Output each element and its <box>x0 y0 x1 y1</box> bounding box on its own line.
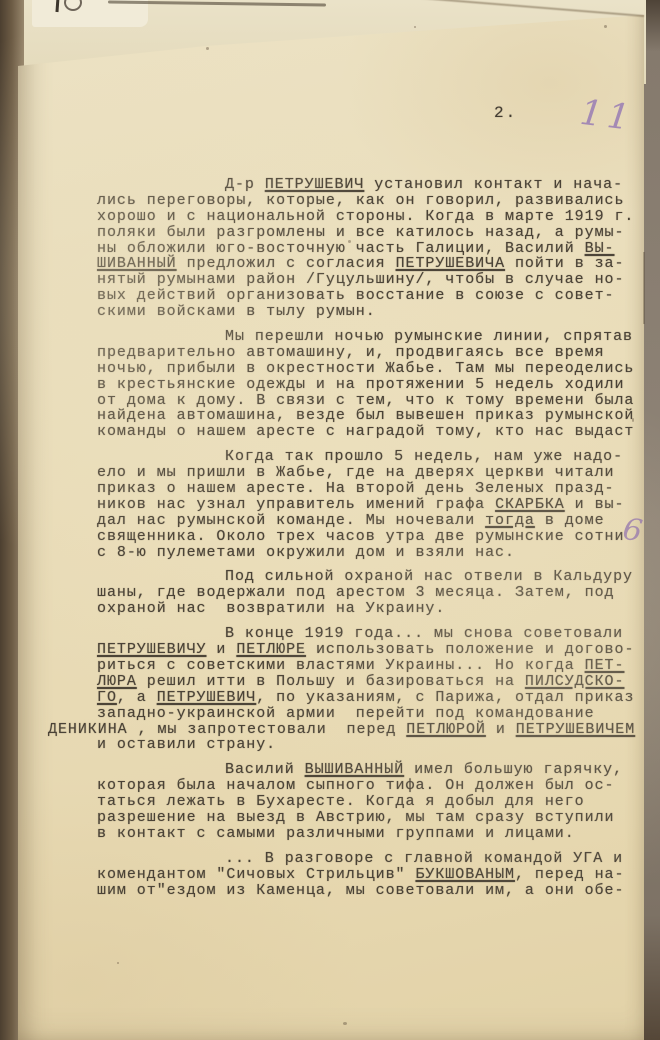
text-line: таться лежать в Бухаресте. Когда я добыл… <box>97 794 649 810</box>
text-line: поляки были разгромлены и все катилось н… <box>97 225 649 241</box>
paragraph: Василий ВЫШИВАННЫЙ имел большую гарячку,… <box>97 762 649 841</box>
text-line: Когда так прошло 5 недель, нам уже надо- <box>97 449 649 465</box>
text-line: комендантом "Сичовых Стрильцив" БУКШОВАН… <box>97 867 649 883</box>
text-segment: в крестьянские одежды и на протяжении 5 … <box>97 376 624 393</box>
text-line: Мы перешли ночью румынские линии, спрята… <box>97 329 649 345</box>
paper-speck <box>604 25 607 28</box>
text-segment: шаны, где водержали под арестом 3 месяца… <box>97 584 614 601</box>
underlined-name: ГО <box>97 689 117 706</box>
text-line: дал нас румынской команде. Мы ночевали т… <box>97 513 649 529</box>
text-segment: В конце 1919 года... мы снова советовали <box>225 625 623 642</box>
text-line: скими войсками в тылу румын. <box>97 304 649 320</box>
text-segment: предложил с согласия <box>177 255 396 272</box>
text-line: шим от"ездом из Каменца, мы советовали и… <box>97 883 649 899</box>
text-segment: в доме <box>535 512 605 529</box>
text-segment: риться с советскими властями Украины... … <box>97 657 585 674</box>
text-segment: и оставили страну. <box>97 736 276 753</box>
text-segment: хорошо и с национальной стороны. Когда в… <box>97 208 634 225</box>
text-segment: Под сильной охраной нас отвели в Кальдур… <box>225 568 633 585</box>
text-line: Д-р ПЕТРУШЕВИЧ установил контакт и нача- <box>97 177 649 193</box>
text-segment: скими войсками в тылу румын. <box>97 303 376 320</box>
text-segment: и <box>206 641 236 658</box>
text-line: священника. Около трех часов утра две ру… <box>97 529 649 545</box>
underlined-name: тогда <box>485 512 535 529</box>
text-line: ... В разговоре с главной командой УГА и <box>97 851 649 867</box>
text-segment: предварительно автомашину, и, продвигаяс… <box>97 344 605 361</box>
underlined-name: ПЕТЛЮРЕ <box>236 641 306 658</box>
text-segment: приказ о нашем аресте. На второй день Зе… <box>97 480 614 497</box>
paragraph: Д-р ПЕТРУШЕВИЧ установил контакт и нача-… <box>97 177 649 320</box>
text-segment: ны обложили юго-восточную часть Галиции,… <box>97 240 585 257</box>
underlined-name: ПЕТРУШЕВИЧ <box>265 176 365 193</box>
paper-speck <box>343 1022 347 1025</box>
text-segment: Мы перешли ночью румынские линии, спрята… <box>225 328 633 345</box>
text-segment: установил контакт и нача- <box>364 176 623 193</box>
text-line: ШИВАННЫЙ предложил с согласия ПЕТРУШЕВИЧ… <box>97 256 649 272</box>
paragraph: Когда так прошло 5 недель, нам уже надо-… <box>97 449 649 560</box>
text-segment: шим от"ездом из Каменца, мы советовали и… <box>97 882 624 899</box>
paragraph: В конце 1919 года... мы снова советовали… <box>97 626 649 753</box>
paper-speck <box>414 26 416 28</box>
underlined-name: ШИВАННЫЙ <box>97 255 177 272</box>
text-segment: вых действий организовать восстание в со… <box>97 287 614 304</box>
underlined-name: ПЕТРУШЕВИЧУ <box>97 641 206 658</box>
text-segment: разрешение на выезд в Австрию, мы там ср… <box>97 809 614 826</box>
text-segment: нятый румынами район /Гуцульшину/, чтобы… <box>97 271 624 288</box>
text-segment: , перед на- <box>515 866 624 883</box>
text-segment: имел большую гарячку, <box>404 761 623 778</box>
text-line: разрешение на выезд в Австрию, мы там ср… <box>97 810 649 826</box>
underlined-name: ПИЛСУДСКО- <box>525 673 625 690</box>
underlined-name: ПЕТЛЮРОЙ <box>406 721 486 738</box>
text-segment: ... В разговоре с главной командой УГА и <box>225 850 623 867</box>
underlined-name: ЛЮРА <box>97 673 137 690</box>
text-segment: дал нас румынской команде. Мы ночевали <box>97 512 485 529</box>
paper-speck <box>206 47 209 50</box>
text-segment: , а <box>117 689 157 706</box>
text-segment: команды о нашем аресте с наградой тому, … <box>97 423 634 440</box>
text-segment: охраной нас возвратили на Украину. <box>97 600 445 617</box>
text-segment: западно-украинской армии перейти под ком… <box>97 705 595 722</box>
underlined-name: ПЕТРУШЕВИЧ <box>157 689 257 706</box>
text-segment: Когда так прошло 5 недель, нам уже надо- <box>225 448 623 465</box>
text-segment: поляки были разгромлены и все катилось н… <box>97 224 624 241</box>
text-segment: комендантом "Сичовых Стрильцив" <box>97 866 415 883</box>
text-line: ело и мы пришли в Жабье, где на дверях ц… <box>97 465 649 481</box>
text-line: найдена автомашина, везде был вывешен пр… <box>97 408 649 424</box>
text-segment: которая была началом сыпного тифа. Он до… <box>97 777 614 794</box>
text-line: ЛЮРА решил итти в Польшу и базироваться … <box>97 674 649 690</box>
text-line: в крестьянские одежды и на протяжении 5 … <box>97 377 649 393</box>
text-line: ночью, прибыли в окрестности Жабье. Там … <box>97 361 649 377</box>
text-segment: и вы- <box>565 496 625 513</box>
text-line: шаны, где водержали под арестом 3 месяца… <box>97 585 649 601</box>
text-segment: Василий <box>225 761 305 778</box>
text-line: предварительно автомашину, и, продвигаяс… <box>97 345 649 361</box>
text-line: ДЕНИКИНА , мы запротестовали перед ПЕТЛЮ… <box>48 722 649 738</box>
text-line: ников нас узнал управитель имений графа … <box>97 497 649 513</box>
text-line: приказ о нашем аресте. На второй день Зе… <box>97 481 649 497</box>
text-segment: ело и мы пришли в Жабье, где на дверях ц… <box>97 464 614 481</box>
text-segment: ночью, прибыли в окрестности Жабье. Там … <box>97 360 634 377</box>
text-line: ПЕТРУШЕВИЧУ и ПЕТЛЮРЕ использовать полож… <box>97 642 649 658</box>
text-block: Д-р ПЕТРУШЕВИЧ установил контакт и нача-… <box>97 177 649 907</box>
paper-speck <box>348 240 351 243</box>
text-segment: , по указаниям, с Парижа, отдал приказ <box>256 689 634 706</box>
underlined-name: БУКШОВАНЫМ <box>415 866 515 883</box>
paper-speck <box>632 418 634 422</box>
text-line: и оставили страну. <box>97 737 649 753</box>
text-line: нятый румынами район /Гуцульшину/, чтобы… <box>97 272 649 288</box>
paragraph: ... В разговоре с главной командой УГА и… <box>97 851 649 899</box>
text-line: западно-украинской армии перейти под ком… <box>97 706 649 722</box>
text-line: В конце 1919 года... мы снова советовали <box>97 626 649 642</box>
text-segment: решил итти в Польшу и базироваться на <box>137 673 525 690</box>
text-segment: в контакт с самыми различными группами и… <box>97 825 575 842</box>
text-segment: священника. Около трех часов утра две ру… <box>97 528 624 545</box>
text-segment: и <box>486 721 516 738</box>
text-line: команды о нашем аресте с наградой тому, … <box>97 424 649 440</box>
underlined-name: ПЕТРУШЕВИЧЕМ <box>516 721 635 738</box>
paragraph: Мы перешли ночью румынские линии, спрята… <box>97 329 649 440</box>
text-segment: ДЕНИКИНА , мы запротестовали перед <box>48 721 406 738</box>
text-segment: найдена автомашина, везде был вывешен пр… <box>97 407 634 424</box>
text-segment: лись переговоры, которые, как он говорил… <box>97 192 624 209</box>
text-segment: ников нас узнал управитель имений графа <box>97 496 495 513</box>
text-line: вых действий организовать восстание в со… <box>97 288 649 304</box>
text-line: лись переговоры, которые, как он говорил… <box>97 193 649 209</box>
paper-speck <box>117 962 119 964</box>
underlined-name: ПЕТ- <box>585 657 625 674</box>
handwritten-pencil-number-top: 11 <box>578 93 637 139</box>
text-line: с 8-ю пулеметами окружили дом и взяли на… <box>97 545 649 561</box>
text-line: риться с советскими властями Украины... … <box>97 658 649 674</box>
scanned-document-page: 2. 11 6 Д-р ПЕТРУШЕВИЧ установил контакт… <box>0 0 660 1040</box>
text-line: ГО, а ПЕТРУШЕВИЧ, по указаниям, с Парижа… <box>97 690 649 706</box>
text-line: охраной нас возвратили на Украину. <box>97 601 649 617</box>
underlined-name: ВЫШИВАННЫЙ <box>305 761 405 778</box>
text-segment: таться лежать в Бухаресте. Когда я добыл… <box>97 793 585 810</box>
text-segment: с 8-ю пулеметами окружили дом и взяли на… <box>97 544 515 561</box>
text-segment: пойти в за- <box>505 255 624 272</box>
text-line: Василий ВЫШИВАННЫЙ имел большую гарячку, <box>97 762 649 778</box>
underlined-name: СКАРБКА <box>495 496 565 513</box>
text-segment: использовать положение и догово- <box>306 641 634 658</box>
sheet-behind-corner <box>32 0 148 27</box>
underlined-name: ПЕТРУШЕВИЧА <box>396 255 505 272</box>
text-line: хорошо и с национальной стороны. Когда в… <box>97 209 649 225</box>
text-line: которая была началом сыпного тифа. Он до… <box>97 778 649 794</box>
text-line: в контакт с самыми различными группами и… <box>97 826 649 842</box>
text-segment: Д-р <box>225 176 265 193</box>
page-number: 2. <box>494 104 517 122</box>
paragraph: Под сильной охраной нас отвели в Кальдур… <box>97 569 649 617</box>
text-line: Под сильной охраной нас отвели в Кальдур… <box>97 569 649 585</box>
paper-crease <box>643 252 645 324</box>
underlined-name: ВЫ- <box>585 240 615 257</box>
